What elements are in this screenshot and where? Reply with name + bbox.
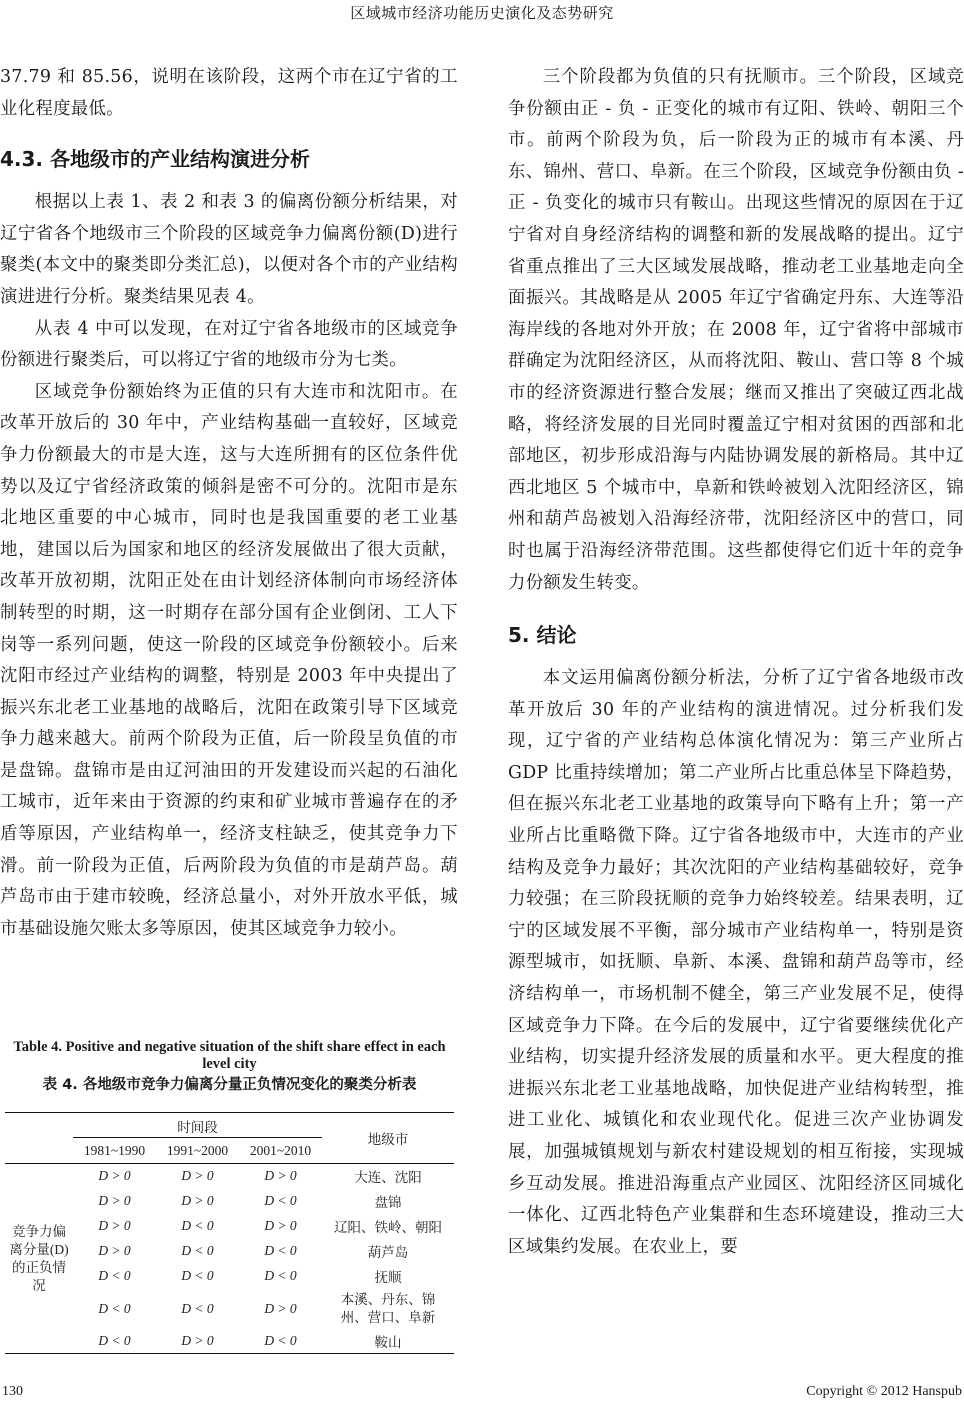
table-cell: D > 0 — [73, 1214, 156, 1239]
paragraph: 三个阶段都为负值的只有抚顺市。三个阶段，区域竞争份额由正 - 负 - 正变化的城… — [508, 62, 964, 599]
table-caption: Table 4. Positive and negative situation… — [5, 1039, 454, 1095]
table-cell: D > 0 — [73, 1239, 156, 1264]
table-cell-cities: 盘锦 — [322, 1189, 454, 1214]
paragraph: 根据以上表 1、表 2 和表 3 的偏离份额分析结果，对辽宁省各个地级市三个阶段… — [0, 187, 458, 313]
table-cell-cities: 抚顺 — [322, 1264, 454, 1289]
page-number: 130 — [2, 1384, 23, 1400]
table-cell: D < 0 — [156, 1214, 239, 1239]
table-caption-english: Table 4. Positive and negative situation… — [5, 1039, 454, 1073]
section-heading-5: 5. 结论 — [508, 621, 964, 649]
table-cell-cities: 鞍山 — [322, 1329, 454, 1354]
table-header-time-period: 时间段 — [73, 1113, 322, 1138]
paragraph: 区域竞争份额始终为正值的只有大连市和沈阳市。在改革开放后的 30 年中，产业结构… — [0, 377, 458, 946]
table-header-period: 2001~2010 — [239, 1138, 322, 1164]
table-cell: D < 0 — [156, 1264, 239, 1289]
table-row: D > 0 D < 0 D > 0 辽阳、铁岭、朝阳 — [5, 1214, 454, 1239]
table-cell: D < 0 — [239, 1264, 322, 1289]
table-cell: D < 0 — [73, 1264, 156, 1289]
table-row: D < 0 D < 0 D > 0 本溪、丹东、锦州、营口、阜新 — [5, 1289, 454, 1329]
table-cell: D < 0 — [156, 1239, 239, 1264]
table-cell: D > 0 — [156, 1189, 239, 1214]
table-row-label: 竞争力偏离分量(D)的正负情况 — [5, 1164, 73, 1354]
table-cell-cities: 本溪、丹东、锦州、营口、阜新 — [322, 1289, 454, 1329]
table-row: D > 0 D < 0 D < 0 葫芦岛 — [5, 1239, 454, 1264]
table-cell: D > 0 — [73, 1189, 156, 1214]
right-column: 三个阶段都为负值的只有抚顺市。三个阶段，区域竞争份额由正 - 负 - 正变化的城… — [508, 62, 964, 1263]
table-cell-cities: 葫芦岛 — [322, 1239, 454, 1264]
paragraph-continued: 37.79 和 85.56，说明在该阶段，这两个市在辽宁省的工业化程度最低。 — [0, 62, 458, 125]
copyright: Copyright © 2012 Hanspub — [806, 1384, 962, 1400]
table-cell: D < 0 — [156, 1289, 239, 1329]
table-cell: D > 0 — [239, 1214, 322, 1239]
table-cell: D < 0 — [73, 1289, 156, 1329]
table-header-period: 1981~1990 — [73, 1138, 156, 1164]
table-cell-cities: 辽阳、铁岭、朝阳 — [322, 1214, 454, 1239]
table-cell: D > 0 — [239, 1164, 322, 1189]
table-row: 竞争力偏离分量(D)的正负情况 D > 0 D > 0 D > 0 大连、沈阳 — [5, 1164, 454, 1189]
table-cell: D < 0 — [239, 1239, 322, 1264]
table-row: D < 0 D > 0 D < 0 鞍山 — [5, 1329, 454, 1354]
table-corner-cell — [5, 1113, 73, 1164]
table-row: D > 0 D > 0 D < 0 盘锦 — [5, 1189, 454, 1214]
table-header-city: 地级市 — [322, 1113, 454, 1164]
table-row: D < 0 D < 0 D < 0 抚顺 — [5, 1264, 454, 1289]
table-cell: D > 0 — [239, 1289, 322, 1329]
paragraph: 本文运用偏离份额分析法，分析了辽宁省各地级市改革开放后 30 年的产业结构的演进… — [508, 663, 964, 1263]
left-column: 37.79 和 85.56，说明在该阶段，这两个市在辽宁省的工业化程度最低。 4… — [0, 62, 458, 945]
table-cell: D > 0 — [156, 1164, 239, 1189]
table-cell: D < 0 — [239, 1329, 322, 1354]
paragraph: 从表 4 中可以发现，在对辽宁省各地级市的区域竞争份额进行聚类后，可以将辽宁省的… — [0, 314, 458, 377]
section-heading-4-3: 4.3. 各地级市的产业结构演进分析 — [0, 145, 458, 173]
table-cell: D > 0 — [73, 1164, 156, 1189]
table-cell: D > 0 — [156, 1329, 239, 1354]
table-header-period: 1991~2000 — [156, 1138, 239, 1164]
table-4: 时间段 地级市 1981~1990 1991~2000 2001~2010 竞争… — [5, 1112, 454, 1354]
table-caption-chinese: 表 4. 各地级市竞争力偏离分量正负情况变化的聚类分析表 — [5, 1075, 454, 1095]
table-cell-cities: 大连、沈阳 — [322, 1164, 454, 1189]
running-head: 区域城市经济功能历史演化及态势研究 — [0, 2, 964, 23]
table-cell: D < 0 — [239, 1189, 322, 1214]
table-cell: D < 0 — [73, 1329, 156, 1354]
